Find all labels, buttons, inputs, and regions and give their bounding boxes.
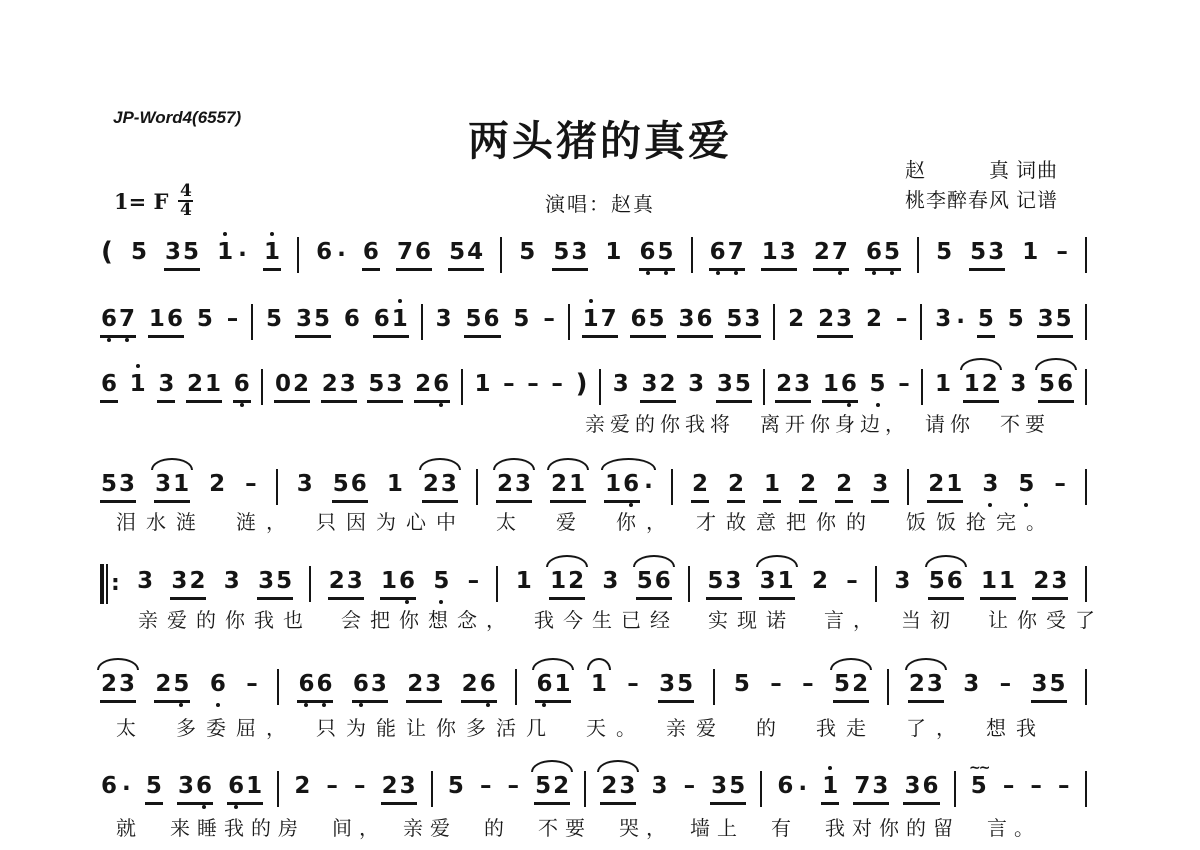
note: 53 bbox=[969, 239, 1005, 271]
note: – bbox=[467, 568, 481, 600]
note: – bbox=[845, 568, 859, 600]
note: 1 bbox=[934, 371, 952, 403]
barline-icon bbox=[921, 369, 923, 405]
note: 16 bbox=[822, 371, 858, 403]
note: 5 bbox=[1017, 471, 1035, 503]
note: 23 bbox=[817, 306, 853, 338]
note: – bbox=[895, 306, 909, 338]
note: 1 bbox=[763, 471, 781, 503]
note: 23 bbox=[100, 671, 136, 703]
barline-icon bbox=[713, 669, 715, 705]
note: 16· bbox=[604, 471, 653, 503]
note: 65 bbox=[639, 239, 675, 271]
note: – bbox=[226, 306, 240, 338]
time-signature: 4 4 bbox=[178, 184, 193, 218]
note: 23 bbox=[600, 773, 636, 805]
note: 12 bbox=[963, 371, 999, 403]
note: 3 bbox=[871, 471, 889, 503]
music-line-7: 6·536612––235––52233–356·17336∼∼5––– bbox=[100, 766, 1087, 812]
note: 35 bbox=[257, 568, 293, 600]
barline-icon bbox=[688, 566, 690, 602]
note: 53 bbox=[100, 471, 136, 503]
barline-icon bbox=[1085, 771, 1087, 807]
barline-icon bbox=[276, 469, 278, 505]
barline-icon bbox=[1085, 304, 1087, 340]
note: 11 bbox=[980, 568, 1016, 600]
note: 1 bbox=[129, 371, 147, 403]
note: 56 bbox=[928, 568, 964, 600]
barline-icon bbox=[1085, 237, 1087, 273]
note: 52 bbox=[534, 773, 570, 805]
note: 5 bbox=[935, 239, 953, 271]
lyricist-composer-credit: 赵 真 词曲 bbox=[905, 156, 1058, 186]
note: 35 bbox=[710, 773, 746, 805]
music-line-5: :33233523165–11235653312–3561123 bbox=[100, 561, 1087, 607]
note: – bbox=[801, 671, 815, 703]
note: 73 bbox=[853, 773, 889, 805]
barline-icon bbox=[917, 237, 919, 273]
barline-icon bbox=[584, 771, 586, 807]
note: 3 bbox=[612, 371, 630, 403]
note: 5 bbox=[447, 773, 465, 805]
barline-icon bbox=[691, 237, 693, 273]
barline-icon bbox=[763, 369, 765, 405]
note: 67 bbox=[100, 306, 136, 338]
note: 5 bbox=[733, 671, 751, 703]
note: 6 bbox=[233, 371, 251, 403]
note: 2 bbox=[293, 773, 311, 805]
note: 23 bbox=[775, 371, 811, 403]
note: 3 bbox=[157, 371, 175, 403]
note: 21 bbox=[186, 371, 222, 403]
repeat-sign-icon: : bbox=[100, 564, 120, 604]
barline-icon bbox=[261, 369, 263, 405]
note: 65 bbox=[865, 239, 901, 271]
barline-icon bbox=[1085, 469, 1087, 505]
slur-arc-icon bbox=[633, 555, 675, 567]
note: 23 bbox=[321, 371, 357, 403]
note: 1 bbox=[590, 671, 608, 703]
note: 6· bbox=[315, 239, 346, 271]
note: 61 bbox=[373, 306, 409, 338]
time-denominator: 4 bbox=[180, 203, 192, 218]
note: 5 bbox=[869, 371, 887, 403]
music-line-1: (5351·16·67654553165671327655531– bbox=[100, 232, 1087, 278]
note: 1· bbox=[216, 239, 247, 271]
note: 3 bbox=[435, 306, 453, 338]
note: 3 bbox=[687, 371, 705, 403]
note: 36 bbox=[677, 306, 713, 338]
slur-arc-icon bbox=[419, 458, 461, 470]
note: 5 bbox=[1007, 306, 1025, 338]
note: 2 bbox=[208, 471, 226, 503]
note: 53 bbox=[367, 371, 403, 403]
note: 6 bbox=[343, 306, 361, 338]
note: 3 bbox=[136, 568, 154, 600]
slur-arc-icon bbox=[1035, 358, 1077, 370]
note: 56 bbox=[1038, 371, 1074, 403]
slur-arc-icon bbox=[531, 760, 573, 772]
note: – bbox=[1002, 773, 1016, 805]
note: 35 bbox=[164, 239, 200, 271]
note: 23 bbox=[328, 568, 364, 600]
note: 36 bbox=[903, 773, 939, 805]
note: – bbox=[325, 773, 339, 805]
note: – bbox=[626, 671, 640, 703]
note: 3 bbox=[650, 773, 668, 805]
slur-arc-icon bbox=[97, 658, 139, 670]
note: 6 bbox=[362, 239, 380, 271]
barline-icon bbox=[297, 237, 299, 273]
note: – bbox=[502, 371, 516, 403]
slur-arc-icon bbox=[587, 658, 611, 670]
note: – bbox=[245, 671, 259, 703]
note: – bbox=[550, 371, 564, 403]
note: 2 bbox=[835, 471, 853, 503]
parenthesis: ( bbox=[100, 239, 114, 271]
barline-icon bbox=[251, 304, 253, 340]
music-line-3: 613216022353261–––)33233523165–112356 bbox=[100, 364, 1087, 410]
note: 2 bbox=[799, 471, 817, 503]
note: 5 bbox=[145, 773, 163, 805]
barline-icon bbox=[500, 237, 502, 273]
note: 1 bbox=[473, 371, 491, 403]
note: 21 bbox=[927, 471, 963, 503]
note: 52 bbox=[833, 671, 869, 703]
note: 6· bbox=[776, 773, 807, 805]
note: 6 bbox=[209, 671, 227, 703]
parenthesis: ) bbox=[575, 371, 589, 403]
note: 25 bbox=[154, 671, 190, 703]
note: 66 bbox=[297, 671, 333, 703]
barline-icon bbox=[671, 469, 673, 505]
note: 35 bbox=[716, 371, 752, 403]
note: 1 bbox=[263, 239, 281, 271]
note: – bbox=[542, 306, 556, 338]
note: 23 bbox=[1032, 568, 1068, 600]
barline-icon bbox=[907, 469, 909, 505]
note: 56 bbox=[332, 471, 368, 503]
note: 35 bbox=[658, 671, 694, 703]
note: 53 bbox=[552, 239, 588, 271]
note: 76 bbox=[396, 239, 432, 271]
note: 56 bbox=[636, 568, 672, 600]
note: 3 bbox=[1009, 371, 1027, 403]
note: 32 bbox=[640, 371, 676, 403]
note: – bbox=[683, 773, 697, 805]
note: – bbox=[244, 471, 258, 503]
note: 5 bbox=[196, 306, 214, 338]
note: 5 bbox=[265, 306, 283, 338]
note: 35 bbox=[1037, 306, 1073, 338]
note: 6· bbox=[100, 773, 131, 805]
music-line-4: 53312–356123232116·2212232135– bbox=[100, 464, 1087, 510]
note: 65 bbox=[630, 306, 666, 338]
note: 2 bbox=[811, 568, 829, 600]
slur-arc-icon bbox=[830, 658, 872, 670]
note: – bbox=[897, 371, 911, 403]
note: 21 bbox=[550, 471, 586, 503]
note: – bbox=[353, 773, 367, 805]
slur-arc-icon bbox=[532, 658, 574, 670]
note: 23 bbox=[381, 773, 417, 805]
lyrics-line-4: 泪水涟 涟， 只因为心中 太 爱 你， 才故意把你的 饭饭抢完。 bbox=[116, 506, 1056, 535]
barline-icon bbox=[431, 771, 433, 807]
note: 27 bbox=[813, 239, 849, 271]
note: 56 bbox=[464, 306, 500, 338]
barline-icon bbox=[887, 669, 889, 705]
note: 6 bbox=[100, 371, 118, 403]
note: – bbox=[1029, 773, 1043, 805]
barline-icon bbox=[1085, 369, 1087, 405]
note: 1 bbox=[604, 239, 622, 271]
slur-arc-icon bbox=[905, 658, 947, 670]
slur-arc-icon bbox=[151, 458, 193, 470]
slur-arc-icon bbox=[493, 458, 535, 470]
slur-arc-icon bbox=[547, 458, 589, 470]
lyrics-line-7: 就 来睡我的房 间， 亲爱 的 不要 哭， 墙上 有 我对你的留 言。 bbox=[116, 812, 1041, 841]
note: 5 bbox=[518, 239, 536, 271]
note: 26 bbox=[461, 671, 497, 703]
note: 23 bbox=[422, 471, 458, 503]
music-line-2: 67165–5356613565–176536532232–3·5535 bbox=[100, 299, 1087, 345]
note: 23 bbox=[908, 671, 944, 703]
note: 17 bbox=[582, 306, 618, 338]
note: 54 bbox=[448, 239, 484, 271]
note: 23 bbox=[406, 671, 442, 703]
note: 67 bbox=[709, 239, 745, 271]
lyrics-line-5: 亲爱的你我也 会把你想念， 我今生已经 实现诺 言， 当初 让你受了 bbox=[138, 604, 1104, 633]
note: 36 bbox=[177, 773, 213, 805]
note: 3· bbox=[934, 306, 965, 338]
note: 2 bbox=[727, 471, 745, 503]
key-label: 1= F bbox=[114, 189, 168, 214]
note: 3 bbox=[223, 568, 241, 600]
note: 63 bbox=[352, 671, 388, 703]
barline-icon bbox=[760, 771, 762, 807]
note: 2 bbox=[865, 306, 883, 338]
slur-arc-icon bbox=[960, 358, 1002, 370]
slur-arc-icon bbox=[601, 458, 656, 470]
barline-icon bbox=[954, 771, 956, 807]
note: 5 bbox=[512, 306, 530, 338]
barline-icon bbox=[277, 669, 279, 705]
note: 3 bbox=[962, 671, 980, 703]
transcriber-credit: 桃李醉春风 记谱 bbox=[905, 186, 1058, 216]
note: 32 bbox=[170, 568, 206, 600]
time-numerator: 4 bbox=[180, 184, 192, 199]
note: 5 bbox=[130, 239, 148, 271]
note: 53 bbox=[725, 306, 761, 338]
barline-icon bbox=[515, 669, 517, 705]
slur-arc-icon bbox=[597, 760, 639, 772]
note: 5 bbox=[977, 306, 995, 338]
note: – bbox=[507, 773, 521, 805]
barline-icon bbox=[920, 304, 922, 340]
note: 2 bbox=[691, 471, 709, 503]
note: 16 bbox=[148, 306, 184, 338]
credits-block: 赵 真 词曲 桃李醉春风 记谱 bbox=[905, 156, 1058, 216]
note: 35 bbox=[1031, 671, 1067, 703]
barline-icon bbox=[773, 304, 775, 340]
key-time-signature: 1= F 4 4 bbox=[114, 184, 193, 218]
note: 3 bbox=[893, 568, 911, 600]
note: 1 bbox=[1021, 239, 1039, 271]
note: 02 bbox=[274, 371, 310, 403]
note: 3 bbox=[296, 471, 314, 503]
barline-icon bbox=[875, 566, 877, 602]
note: – bbox=[1057, 773, 1071, 805]
note: 3 bbox=[601, 568, 619, 600]
barline-icon bbox=[476, 469, 478, 505]
note: ∼∼5 bbox=[970, 773, 988, 805]
note: – bbox=[769, 671, 783, 703]
sheet-music-page: JP-Word4(6557) 两头猪的真爱 演唱：赵真 赵 真 词曲 桃李醉春风… bbox=[0, 0, 1200, 850]
note: 31 bbox=[759, 568, 795, 600]
slur-arc-icon bbox=[546, 555, 588, 567]
music-line-6: 23256–66632326611–355––52233–35 bbox=[100, 664, 1087, 710]
barline-icon bbox=[1085, 566, 1087, 602]
barline-icon bbox=[309, 566, 311, 602]
barline-icon bbox=[421, 304, 423, 340]
lyrics-line-3: 亲爱的你我将 离开你身边， 请你 不要 bbox=[585, 408, 1050, 437]
note: 53 bbox=[706, 568, 742, 600]
barline-icon bbox=[1085, 669, 1087, 705]
barline-icon bbox=[461, 369, 463, 405]
note: – bbox=[1055, 239, 1069, 271]
note: 1 bbox=[515, 568, 533, 600]
lyrics-line-6: 太 多委屈， 只为能让你多活几 天。 亲爱 的 我走 了， 想我 bbox=[116, 712, 1046, 741]
note: 1 bbox=[386, 471, 404, 503]
note: 3 bbox=[981, 471, 999, 503]
barline-icon bbox=[277, 771, 279, 807]
slur-arc-icon bbox=[756, 555, 798, 567]
note: 35 bbox=[295, 306, 331, 338]
barline-icon bbox=[568, 304, 570, 340]
note: 23 bbox=[496, 471, 532, 503]
note: – bbox=[526, 371, 540, 403]
note: – bbox=[999, 671, 1013, 703]
note: 5 bbox=[432, 568, 450, 600]
note: 26 bbox=[414, 371, 450, 403]
note: – bbox=[479, 773, 493, 805]
note: 1 bbox=[821, 773, 839, 805]
note: 13 bbox=[761, 239, 797, 271]
barline-icon bbox=[496, 566, 498, 602]
note: 12 bbox=[549, 568, 585, 600]
slur-arc-icon bbox=[925, 555, 967, 567]
note: – bbox=[1053, 471, 1067, 503]
note: 61 bbox=[535, 671, 571, 703]
note: 16 bbox=[380, 568, 416, 600]
note: 31 bbox=[154, 471, 190, 503]
note: 2 bbox=[787, 306, 805, 338]
barline-icon bbox=[599, 369, 601, 405]
note: 61 bbox=[227, 773, 263, 805]
